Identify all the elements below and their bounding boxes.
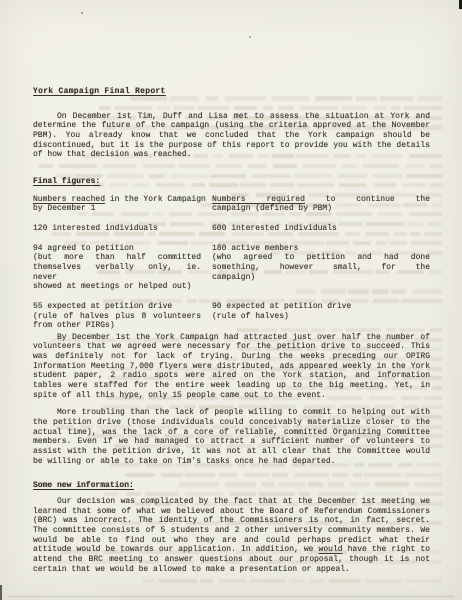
final-figures-heading: Final figures:	[33, 177, 430, 187]
required-drive-note: (rule of halves)	[212, 312, 430, 322]
required-interested-value: 600 interested individuals	[212, 224, 430, 234]
numbers-reached-header-line1: Numbers reached in the York Campaign	[33, 195, 201, 205]
reached-petition-cell: 94 agreed to petition (but more than hal…	[33, 244, 201, 292]
required-drive-value: 90 expected at petition drive	[212, 302, 430, 312]
reached-drive-cell: 55 expected at petition drive (rule of h…	[33, 302, 201, 331]
analysis-paragraph-2: More troubling than the lack of people w…	[33, 408, 430, 466]
figures-row-petition: 94 agreed to petition (but more than hal…	[33, 244, 430, 292]
numbers-required-header-line1: Numbers required to continue the	[212, 195, 430, 205]
required-members-cell: 180 active members (who agreed to petiti…	[212, 244, 430, 292]
numbers-required-label: Numbers required	[212, 195, 305, 204]
figures-row-interested: 120 interested individuals 600 intereste…	[33, 224, 430, 234]
required-members-note: (who agreed to petition and had donesome…	[212, 253, 430, 282]
reached-interested-value: 120 interested individuals	[33, 224, 201, 234]
required-members-value: 180 active members	[212, 244, 430, 254]
scanned-report-page: York Campaign Final Report On December 1…	[0, 0, 462, 600]
numbers-reached-label: Numbers reached	[33, 195, 105, 204]
new-info-underlined-word: would	[319, 545, 343, 554]
report-body: York Campaign Final Report On December 1…	[0, 0, 462, 574]
scan-bottom-shadow	[8, 596, 454, 598]
required-interested-cell: 600 interested individuals	[212, 224, 430, 234]
reached-interested-cell: 120 interested individuals	[33, 224, 201, 234]
numbers-reached-rest: in the York Campaign	[105, 195, 206, 204]
numbers-required-header: Numbers required to continue the campaig…	[212, 195, 430, 214]
reached-petition-note: (but more than half committedthemselves …	[33, 253, 201, 292]
reached-drive-note: (rule of halves plus 8 volunteersfrom ot…	[33, 312, 201, 331]
analysis-paragraph-1: By December 1st the York Campaign had at…	[33, 333, 430, 401]
figures-table: Numbers reached in the York Campaign by …	[33, 195, 430, 331]
report-title: York Campaign Final Report	[33, 87, 430, 97]
numbers-required-rest: to continue the	[305, 195, 430, 204]
intro-paragraph: On December 1st Tim, Duff and Lisa met t…	[33, 112, 430, 160]
new-information-heading: Some new information:	[33, 481, 430, 491]
numbers-reached-header-line2: by December 1	[33, 204, 201, 214]
numbers-required-header-line2: campaign (defined by PBM)	[212, 204, 430, 214]
reached-drive-value: 55 expected at petition drive	[33, 302, 201, 312]
scan-edge-mark	[0, 585, 2, 600]
new-information-paragraph: Our decision was complicated by the fact…	[33, 497, 430, 574]
required-drive-cell: 90 expected at petition drive (rule of h…	[212, 302, 430, 331]
reached-petition-value: 94 agreed to petition	[33, 244, 201, 254]
figures-header-row: Numbers reached in the York Campaign by …	[33, 195, 430, 214]
numbers-reached-header: Numbers reached in the York Campaign by …	[33, 195, 201, 214]
figures-row-drive: 55 expected at petition drive (rule of h…	[33, 302, 430, 331]
